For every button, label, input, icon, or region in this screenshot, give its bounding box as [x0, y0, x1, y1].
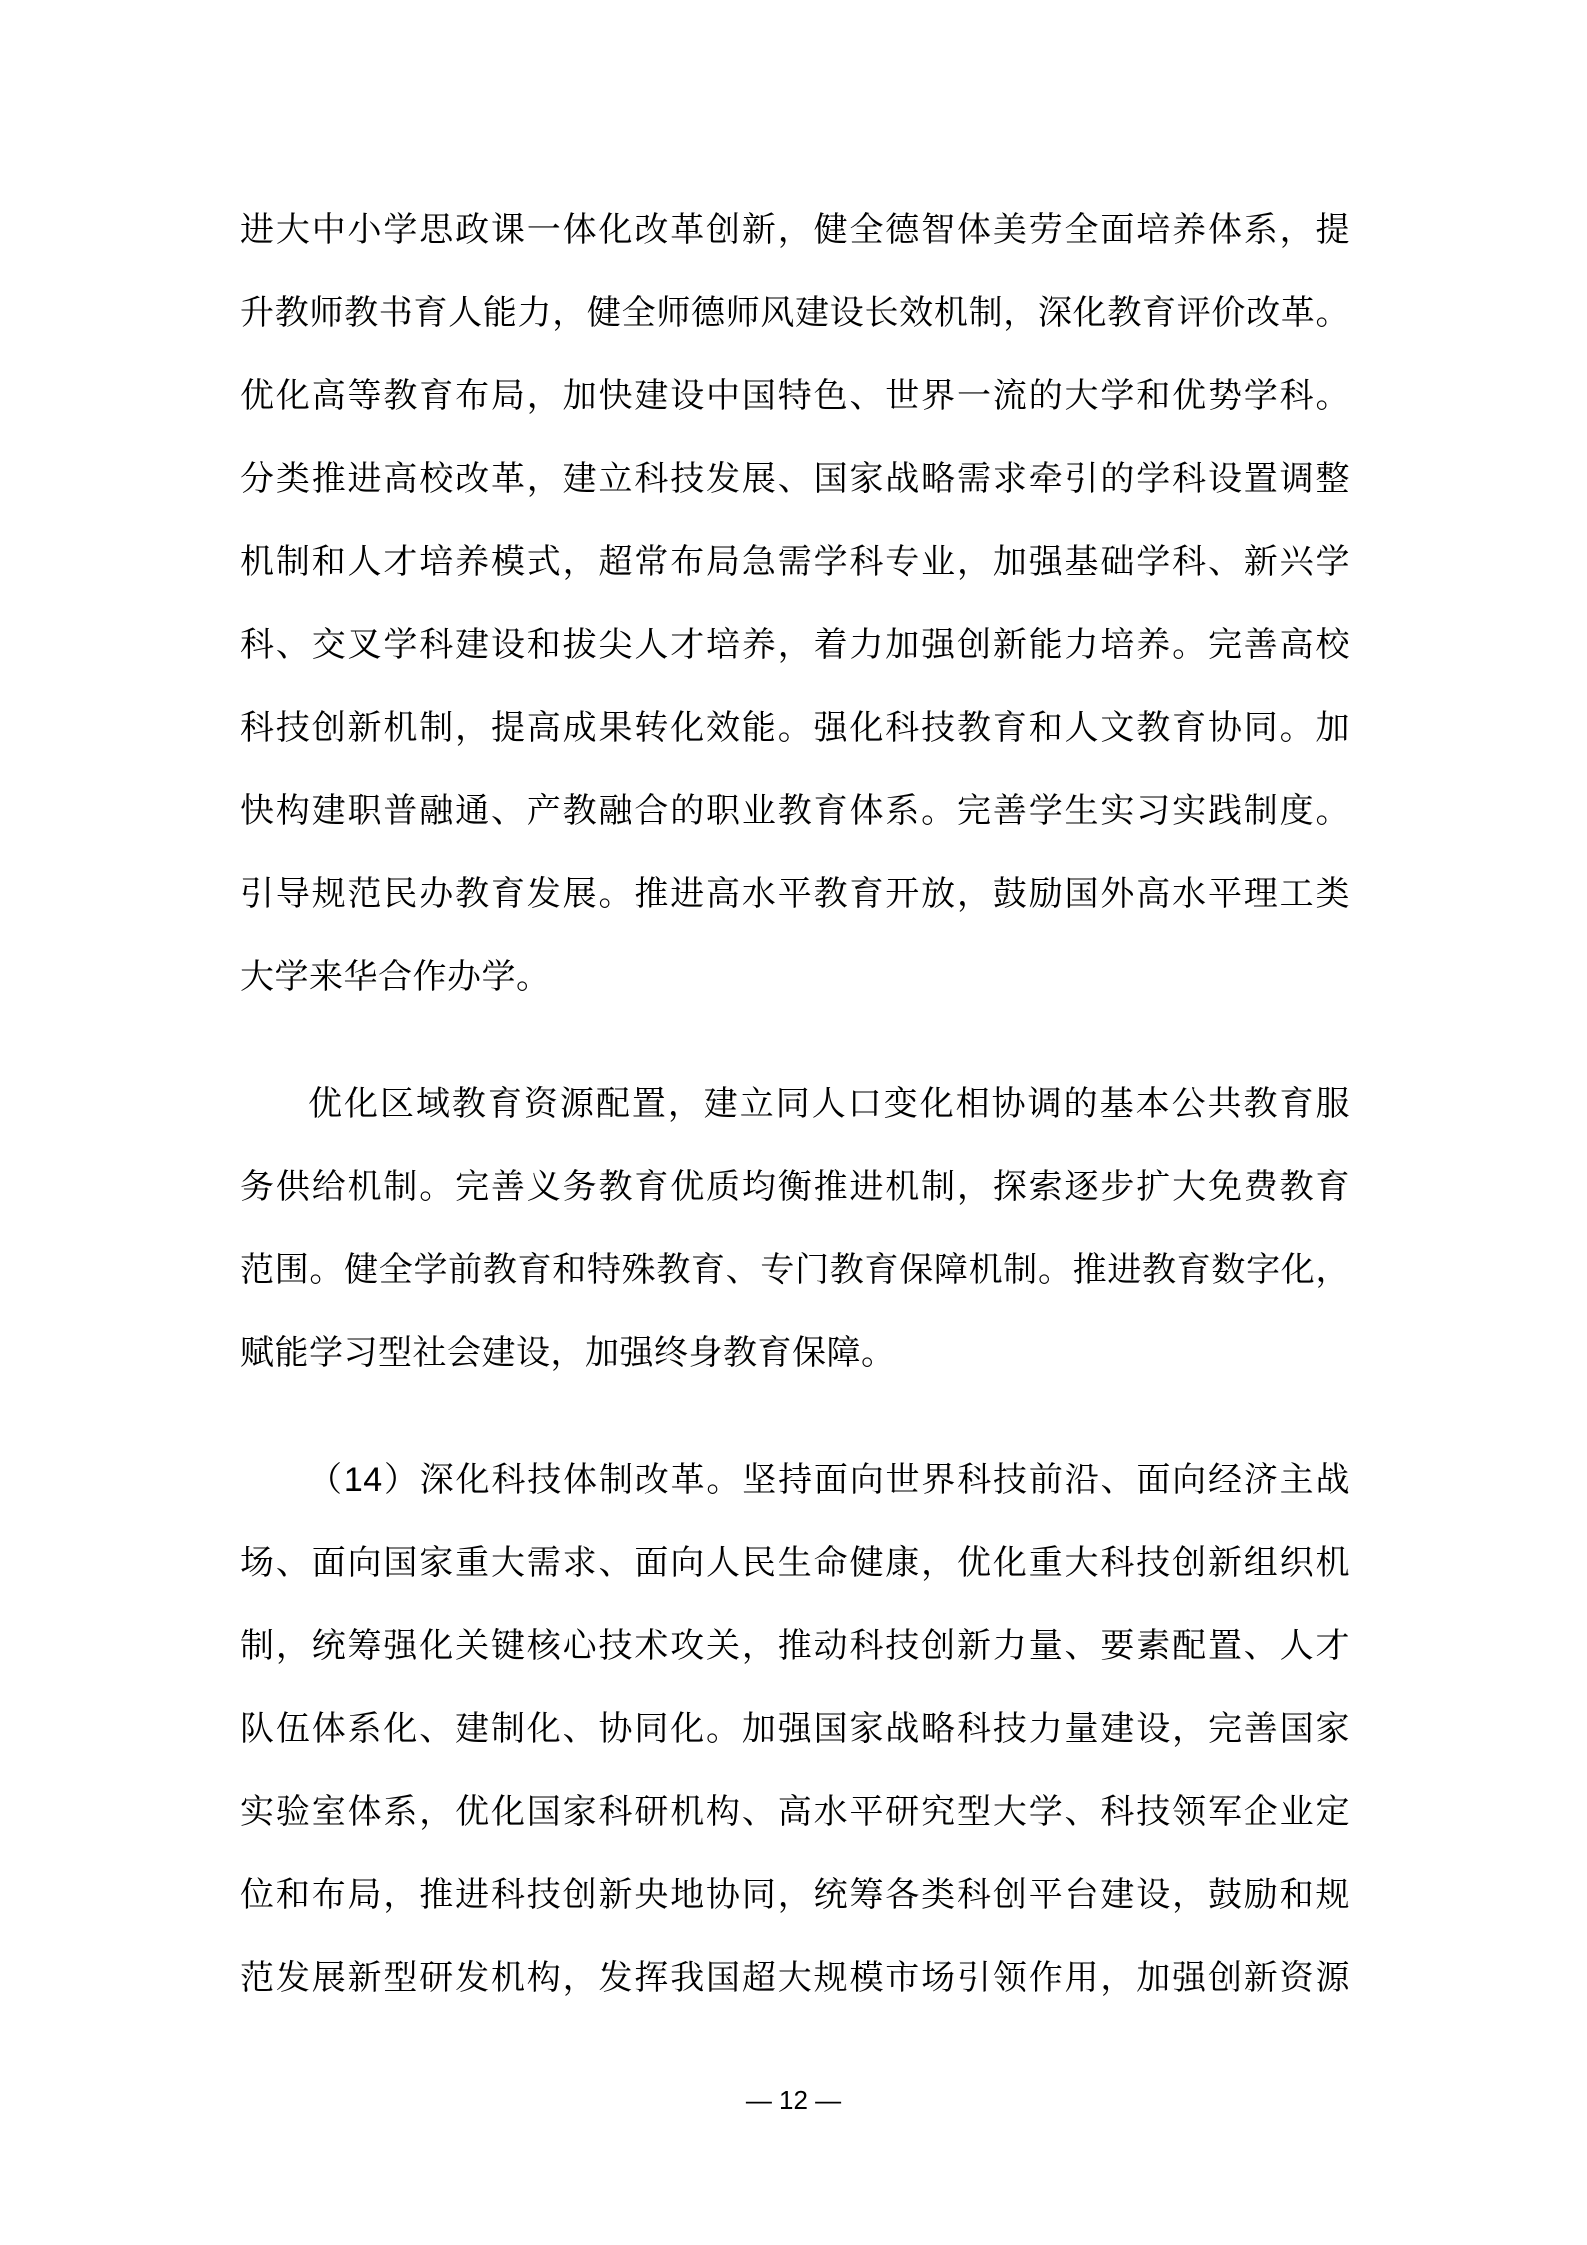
text-line: 位和布局，推进科技创新央地协同，统筹各类科创平台建设，鼓励和规: [240, 1854, 1350, 1937]
document-page: 进大中小学思政课一体化改革创新，健全德智体美劳全面培养体系，提 升教师教书育人能…: [0, 0, 1587, 2245]
text-line: 分类推进高校改革，建立科技发展、国家战略需求牵引的学科设置调整: [240, 438, 1350, 521]
document-body: 进大中小学思政课一体化改革创新，健全德智体美劳全面培养体系，提 升教师教书育人能…: [240, 189, 1350, 2020]
text-line: 引导规范民办教育发展。推进高水平教育开放，鼓励国外高水平理工类: [240, 853, 1350, 936]
text-line: 机制和人才培养模式，超常布局急需学科专业，加强基础学科、新兴学: [240, 521, 1350, 604]
text-line: 升教师教书育人能力，健全师德师风建设长效机制，深化教育评价改革。: [240, 272, 1350, 355]
page-number: — 12 —: [0, 2085, 1587, 2116]
text-line: 队伍体系化、建制化、协同化。加强国家战略科技力量建设，完善国家: [240, 1688, 1350, 1771]
text-line: 优化高等教育布局，加快建设中国特色、世界一流的大学和优势学科。: [240, 355, 1350, 438]
text-line: 实验室体系，优化国家科研机构、高水平研究型大学、科技领军企业定: [240, 1771, 1350, 1854]
paragraph-education-continued: 进大中小学思政课一体化改革创新，健全德智体美劳全面培养体系，提 升教师教书育人能…: [240, 189, 1350, 1019]
text-line: 范发展新型研发机构，发挥我国超大规模市场引领作用，加强创新资源: [240, 1937, 1350, 2020]
text-line: 制，统筹强化关键核心技术攻关，推动科技创新力量、要素配置、人才: [240, 1605, 1350, 1688]
text-line: 科技创新机制，提高成果转化效能。强化科技教育和人文教育协同。加: [240, 687, 1350, 770]
text-line: 快构建职普融通、产教融合的职业教育体系。完善学生实习实践制度。: [240, 770, 1350, 853]
text-line: 场、面向国家重大需求、面向人民生命健康，优化重大科技创新组织机: [240, 1522, 1350, 1605]
text-line: 赋能学习型社会建设，加强终身教育保障。: [240, 1312, 1350, 1395]
text-line: 大学来华合作办学。: [240, 936, 1350, 1019]
text-line: 科、交叉学科建设和拔尖人才培养，着力加强创新能力培养。完善高校: [240, 604, 1350, 687]
text-line: （14）深化科技体制改革。坚持面向世界科技前沿、面向经济主战: [240, 1439, 1350, 1522]
paragraph-item-14-science-tech-reform: （14）深化科技体制改革。坚持面向世界科技前沿、面向经济主战 场、面向国家重大需…: [240, 1439, 1350, 2020]
text-line: 范围。健全学前教育和特殊教育、专门教育保障机制。推进教育数字化，: [240, 1229, 1350, 1312]
text-line: 务供给机制。完善义务教育优质均衡推进机制，探索逐步扩大免费教育: [240, 1146, 1350, 1229]
text-line: 优化区域教育资源配置，建立同人口变化相协调的基本公共教育服: [240, 1063, 1350, 1146]
paragraph-regional-education: 优化区域教育资源配置，建立同人口变化相协调的基本公共教育服 务供给机制。完善义务…: [240, 1063, 1350, 1395]
text-line: 进大中小学思政课一体化改革创新，健全德智体美劳全面培养体系，提: [240, 189, 1350, 272]
